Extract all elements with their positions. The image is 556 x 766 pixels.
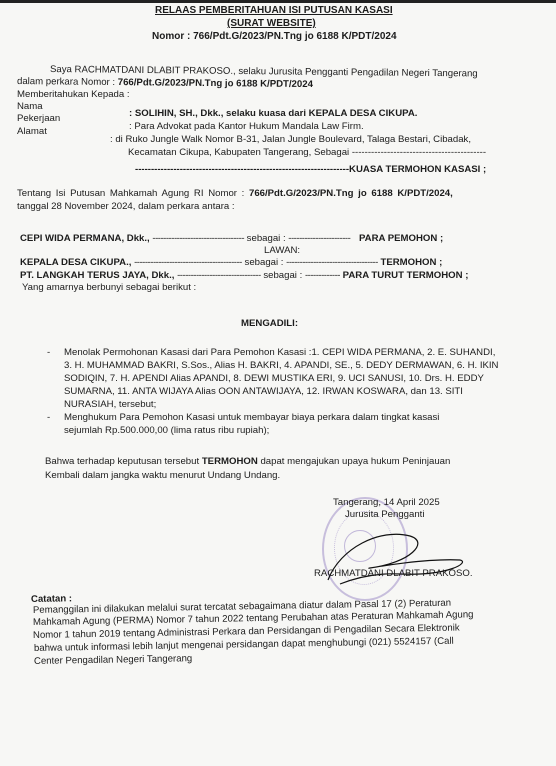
signature-place-date: Tangerang, 14 April 2025 <box>333 497 440 509</box>
party-role: TERMOHON ; <box>380 257 442 268</box>
signature-name: RACHMATDANI DLABIT PRAKOSO. <box>314 568 473 580</box>
closing-text: dapat mengajukan upaya hukum Peninjauan <box>258 456 451 467</box>
ruling-1-line-3: SODIQIN, 7. H. APENDI Alias APANDI, 8. D… <box>64 373 484 385</box>
party-dashes: ---------------------------------- <box>286 257 378 268</box>
party-dashes: ------------- <box>305 270 340 281</box>
party-name: CEPI WIDA PERMANA, Dkk., <box>20 233 150 244</box>
party-row-1: CEPI WIDA PERMANA, Dkk., ---------------… <box>20 233 443 245</box>
party-dashes: ---------------------------------- <box>152 233 244 244</box>
versus-label: LAWAN: <box>264 245 300 257</box>
party-name: PT. LANGKAH TERUS JAYA, Dkk., <box>20 270 174 281</box>
recipient-role: ----------------------------------------… <box>135 164 486 176</box>
amar-intro: Yang amarnya berbunyi sebagai berikut : <box>22 282 196 294</box>
closing-line-1: Bahwa terhadap keputusan tersebut TERMOH… <box>45 456 450 468</box>
document-number: Nomor : 766/Pdt.G/2023/PN.Tng jo 6188 K/… <box>152 31 397 43</box>
document-subtitle: (SURAT WEBSITE) <box>227 18 316 30</box>
party-sebagai: sebagai : <box>244 233 288 244</box>
intro-case-label: dalam perkara Nomor : <box>17 76 118 88</box>
about-case-number: 766/Pdt.G/2023/PN.Tng jo 6188 K/PDT/2024… <box>249 188 453 199</box>
job-value: : Para Advokat pada Kantor Hukum Mandala… <box>129 121 364 133</box>
ruling-2-line-1: Menghukum Para Pemohon Kasasi untuk memb… <box>64 412 439 424</box>
job-label: Pekerjaan <box>17 113 60 125</box>
name-value: : SOLIHIN, SH., Dkk., selaku kuasa dari … <box>129 108 417 120</box>
party-dashes: ------------------------------- <box>177 270 261 281</box>
about-line-2: tanggal 28 November 2024, dalam perkara … <box>17 201 235 213</box>
document-title: RELAAS PEMBERITAHUAN ISI PUTUSAN KASASI <box>155 5 393 17</box>
ruling-1-line-2: 3. H. MUHAMMAD BAKRI, S.Sos., Alias H. B… <box>64 360 499 372</box>
closing-line-2: Kembali dalam jangka waktu menurut Undan… <box>45 470 280 482</box>
party-dashes: ---------------------------------------- <box>134 257 242 268</box>
note-line-5: Center Pengadilan Negeri Tangerang <box>34 653 192 668</box>
party-role: PARA PEMOHON ; <box>359 233 443 244</box>
about-line-1: Tentang Isi Putusan Mahkamah Agung RI No… <box>17 188 453 200</box>
party-name: KEPALA DESA CIKUPA., <box>20 257 131 268</box>
ruling-1-line-4: SUMARNA, 11. ANTA WIJAYA Alias OON ANTAW… <box>64 386 463 398</box>
party-row-2: KEPALA DESA CIKUPA., -------------------… <box>20 257 442 269</box>
party-row-3: PT. LANGKAH TERUS JAYA, Dkk., ----------… <box>20 270 468 282</box>
party-sebagai: sebagai : <box>242 257 286 268</box>
intro-line-3: Memberitahukan Kepada : <box>17 89 130 101</box>
address-line-2: Kecamatan Cikupa, Kabupaten Tangerang, S… <box>128 147 486 159</box>
ruling-2-line-2: sejumlah Rp.500.000,00 (lima ratus ribu … <box>64 425 269 437</box>
scan-top-edge <box>0 0 556 3</box>
signature-position: Jurusita Pengganti <box>345 509 424 521</box>
party-sebagai: sebagai : <box>261 270 305 281</box>
party-dashes: ----------------------- <box>288 233 350 244</box>
name-label: Nama <box>17 101 43 113</box>
bullet: - <box>47 412 50 424</box>
document-page: RELAAS PEMBERITAHUAN ISI PUTUSAN KASASI … <box>0 0 556 766</box>
address-label: Alamat <box>17 126 47 138</box>
about-label: Tentang Isi Putusan Mahkamah Agung RI No… <box>17 188 249 199</box>
ruling-1-line-1: Menolak Permohonan Kasasi dari Para Pemo… <box>64 347 495 359</box>
closing-termohon: TERMOHON <box>202 456 258 467</box>
bullet: - <box>47 347 50 359</box>
closing-text: Bahwa terhadap keputusan tersebut <box>45 456 202 467</box>
address-line-1: : di Ruko Jungle Walk Nomor B-31, Jalan … <box>110 134 471 146</box>
party-role: PARA TURUT TERMOHON ; <box>343 270 469 281</box>
ruling-1-line-5: NURASIAH, tersebut; <box>64 399 156 411</box>
intro-case-number: 766/Pdt.G/2023/PN.Tng jo 6188 K/PDT/2024 <box>118 77 313 90</box>
mengadili-heading: MENGADILI: <box>241 318 298 330</box>
